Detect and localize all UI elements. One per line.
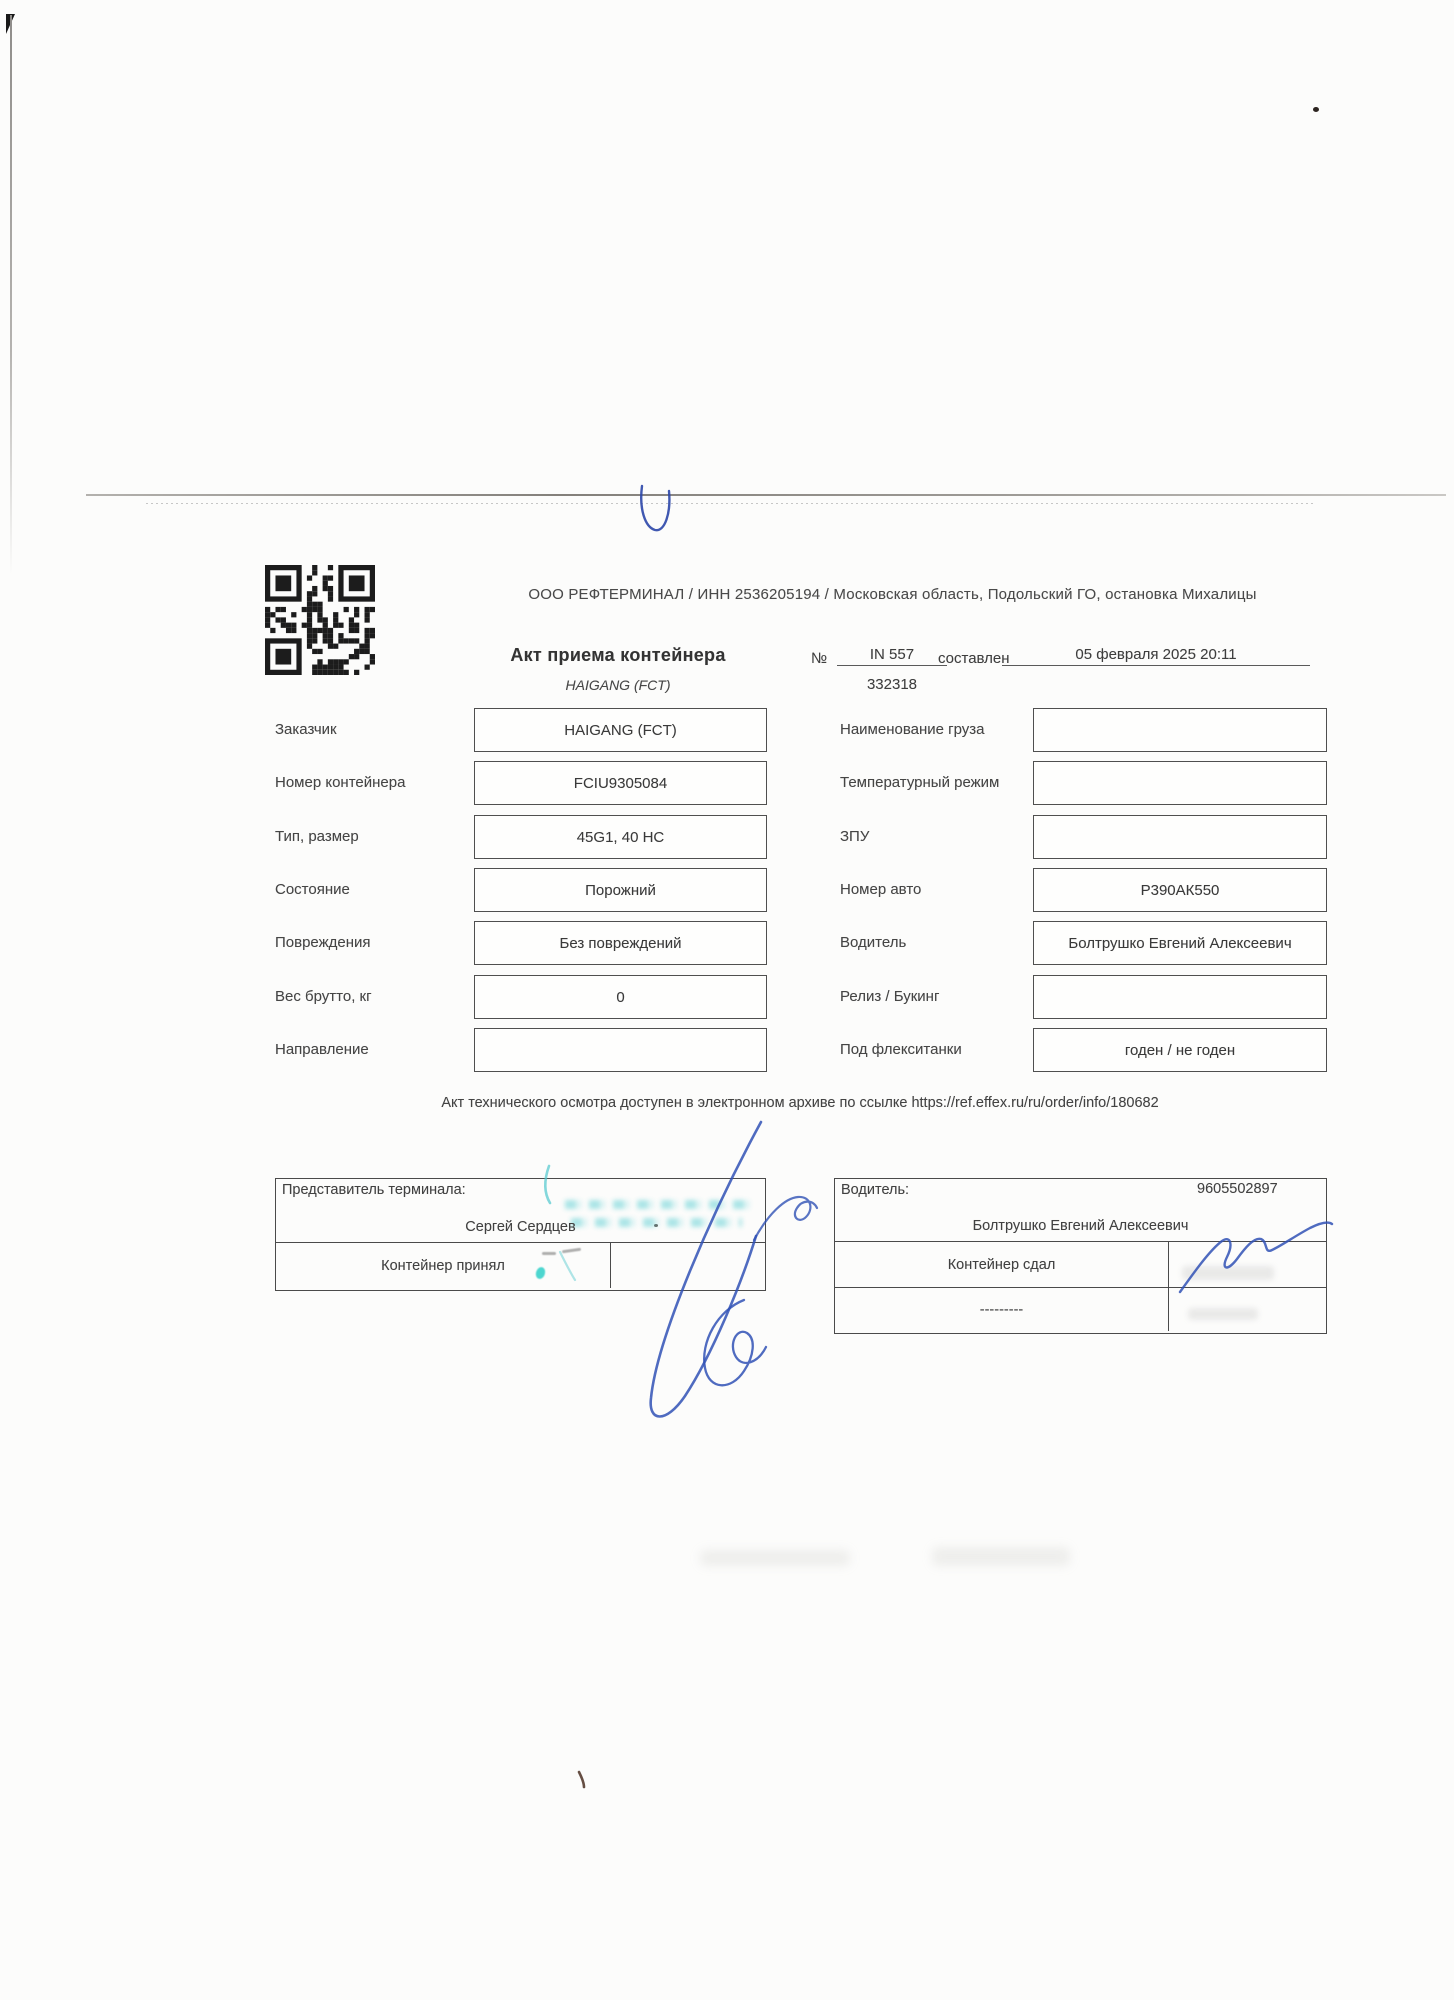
terminal-representative-name: Сергей Сердцев xyxy=(276,1219,765,1235)
field-value-box: годен / не годен xyxy=(1033,1028,1327,1072)
composed-label: составлен xyxy=(938,650,1010,667)
field-value-box xyxy=(1033,975,1327,1019)
field-value-box: Р390АК550 xyxy=(1033,868,1327,912)
field-row: Тип, размер45G1, 40 HC xyxy=(275,815,767,859)
field-row: ЗаказчикHAIGANG (FCT) xyxy=(275,708,767,752)
field-label: Повреждения xyxy=(275,921,371,965)
driver-signature-block: Водитель: 9605502897 Болтрушко Евгений А… xyxy=(834,1178,1327,1334)
field-label: Под флекситанки xyxy=(840,1028,962,1072)
field-value: Болтрушко Евгений Алексеевич xyxy=(1068,935,1291,952)
field-label: Вес брутто, кг xyxy=(275,975,372,1019)
field-value-box xyxy=(1033,761,1327,805)
field-value: 0 xyxy=(616,989,624,1006)
number-label: № xyxy=(811,650,827,667)
bleed-through-smudge xyxy=(700,1550,850,1566)
field-row: Номер контейнераFCIU9305084 xyxy=(275,761,767,805)
field-label: Направление xyxy=(275,1028,369,1072)
field-value: 45G1, 40 HC xyxy=(577,829,665,846)
field-value: Порожний xyxy=(585,882,656,899)
number-value: IN 557 xyxy=(837,646,947,666)
field-value-box: HAIGANG (FCT) xyxy=(474,708,767,752)
driver-signature-cell xyxy=(1169,1242,1326,1287)
field-value-box: Порожний xyxy=(474,868,767,912)
container-accepted-label: Контейнер принял xyxy=(381,1258,505,1274)
field-value-box xyxy=(1033,815,1327,859)
field-value-box: 0 xyxy=(474,975,767,1019)
driver-stamp-cell xyxy=(1169,1288,1326,1331)
field-row: Вес брутто, кг0 xyxy=(275,975,767,1019)
field-row: ЗПУ xyxy=(840,815,1327,859)
pen-loop-mark xyxy=(641,486,669,530)
dashes-text: --------- xyxy=(980,1302,1023,1318)
field-label: Температурный режим xyxy=(840,761,999,805)
field-row: Под флекситанкигоден / не годен xyxy=(840,1028,1327,1072)
field-row: ВодительБолтрушко Евгений Алексеевич xyxy=(840,921,1327,965)
field-label: Водитель xyxy=(840,921,906,965)
field-row: ПоврежденияБез повреждений xyxy=(275,921,767,965)
field-label: Номер авто xyxy=(840,868,921,912)
field-label: Тип, размер xyxy=(275,815,359,859)
field-row: Наименование груза xyxy=(840,708,1327,752)
scan-fold-dotted-line xyxy=(146,503,1316,504)
company-header-line: ООО РЕФТЕРМИНАЛ / ИНН 2536205194 / Моско… xyxy=(330,586,1454,603)
terminal-block-title: Представитель терминала: xyxy=(282,1182,466,1198)
driver-block-title: Водитель: xyxy=(841,1182,909,1198)
field-row: СостояниеПорожний xyxy=(275,868,767,912)
field-row: Номер автоР390АК550 xyxy=(840,868,1327,912)
field-value-box xyxy=(474,1028,767,1072)
qr-code-icon xyxy=(265,565,375,675)
field-value-box: 45G1, 40 HC xyxy=(474,815,767,859)
field-label: Наименование груза xyxy=(840,708,985,752)
document-subtitle: HAIGANG (FCT) xyxy=(470,677,766,693)
field-value-box: Без повреждений xyxy=(474,921,767,965)
field-label: ЗПУ xyxy=(840,815,869,859)
field-value-box: Болтрушко Евгений Алексеевич xyxy=(1033,921,1327,965)
field-label: Заказчик xyxy=(275,708,337,752)
ink-speck xyxy=(1313,107,1319,112)
driver-name: Болтрушко Евгений Алексеевич xyxy=(835,1218,1326,1234)
number-sub-value: 332318 xyxy=(837,676,947,693)
container-handed-label: Контейнер сдал xyxy=(948,1257,1056,1273)
field-value: годен / не годен xyxy=(1125,1042,1235,1059)
terminal-signature-cell xyxy=(611,1243,765,1288)
field-value-box: FCIU9305084 xyxy=(474,761,767,805)
terminal-signature-stroke xyxy=(704,1300,766,1385)
composed-date: 05 февраля 2025 20:11 xyxy=(1002,646,1310,666)
scanned-document-page: ООО РЕФТЕРМИНАЛ / ИНН 2536205194 / Моско… xyxy=(0,0,1454,2000)
field-value: Р390АК550 xyxy=(1141,882,1220,899)
container-accepted-cell: Контейнер принял xyxy=(276,1243,611,1288)
scan-fold-line xyxy=(86,494,1446,496)
field-row: Температурный режим xyxy=(840,761,1327,805)
field-row: Релиз / Букинг xyxy=(840,975,1327,1019)
container-handed-cell: Контейнер сдал xyxy=(835,1242,1169,1287)
field-value-box xyxy=(1033,708,1327,752)
field-label: Номер контейнера xyxy=(275,761,405,805)
scan-edge-line xyxy=(10,15,12,575)
field-label: Релиз / Букинг xyxy=(840,975,939,1019)
driver-phone: 9605502897 xyxy=(1197,1181,1278,1197)
bleed-through-smudge xyxy=(932,1547,1070,1566)
field-label: Состояние xyxy=(275,868,350,912)
field-row: Направление xyxy=(275,1028,767,1072)
dashes-cell: --------- xyxy=(835,1288,1169,1331)
field-value: FCIU9305084 xyxy=(574,775,667,792)
field-value: Без повреждений xyxy=(559,935,681,952)
ink-comma-mark xyxy=(579,1772,584,1787)
terminal-signature-block: Представитель терминала: Сергей Сердцев … xyxy=(275,1178,766,1291)
archive-note: Акт технического осмотра доступен в элек… xyxy=(146,1095,1454,1111)
document-title: Акт приема контейнера xyxy=(470,645,766,666)
field-value: HAIGANG (FCT) xyxy=(564,722,677,739)
